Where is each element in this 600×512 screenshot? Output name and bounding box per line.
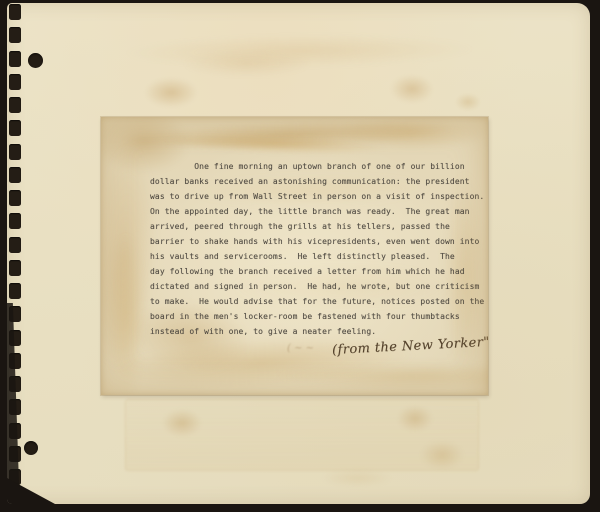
glue-stain-photo-corner bbox=[455, 93, 481, 111]
binding-hole bbox=[9, 97, 21, 113]
binding-hole bbox=[9, 237, 21, 253]
binding-hole bbox=[9, 144, 21, 160]
glue-stain-band-inner bbox=[182, 51, 312, 77]
glue-stain-band bbox=[127, 33, 472, 69]
glue-stain-blob-right bbox=[391, 75, 433, 103]
binding-hole bbox=[9, 74, 21, 90]
binding-hole bbox=[9, 120, 21, 136]
binding-hole bbox=[9, 213, 21, 229]
binding-hole bbox=[9, 167, 21, 183]
binding-hole bbox=[9, 283, 21, 299]
scanned-album-sheet: One fine morning an uptown branch of one… bbox=[0, 0, 600, 512]
photo-edge-vignette bbox=[101, 117, 488, 395]
ring-punch-hole-bottom bbox=[24, 441, 38, 455]
binding-hole bbox=[9, 4, 21, 20]
binding-hole bbox=[9, 190, 21, 206]
binding-hole bbox=[9, 27, 21, 43]
removed-print-ghost-outline bbox=[125, 399, 479, 471]
binding-hole bbox=[9, 260, 21, 276]
binding-hole bbox=[9, 51, 21, 67]
ring-punch-hole-top bbox=[28, 53, 43, 68]
album-page: One fine morning an uptown branch of one… bbox=[7, 3, 590, 504]
glue-stain-blob-left bbox=[145, 78, 197, 107]
photostat-print: One fine morning an uptown branch of one… bbox=[101, 117, 488, 395]
glue-stain-bottom bbox=[322, 469, 392, 487]
